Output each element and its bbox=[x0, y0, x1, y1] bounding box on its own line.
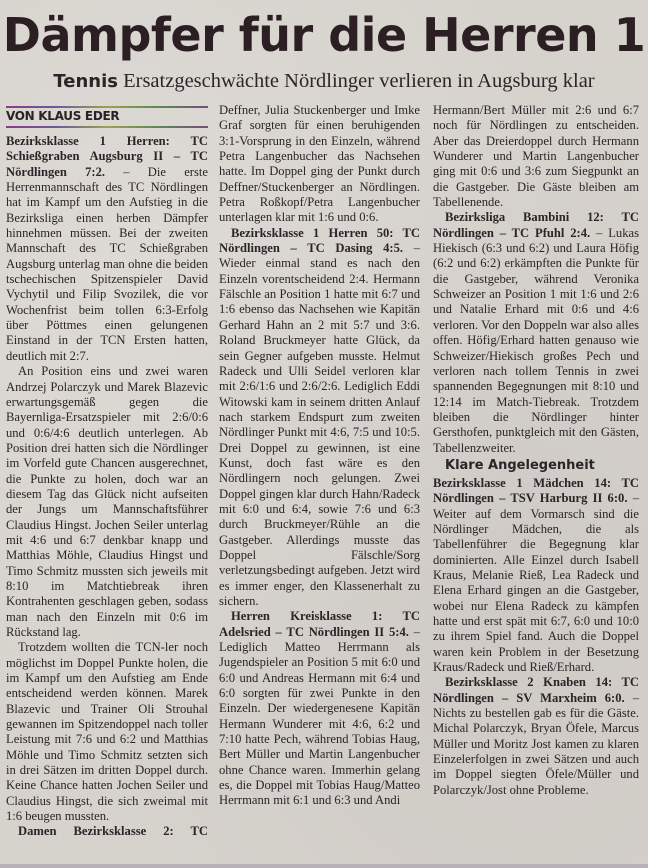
paragraph: Bezirksliga Bambini 12: TC Nördlingen – … bbox=[433, 210, 639, 456]
paragraph-text: – Weiter auf dem Vormarsch sind die Nörd… bbox=[433, 491, 639, 674]
match-heading: Bezirksklasse 1 Mädchen 14: TC Nördlinge… bbox=[433, 476, 639, 505]
paragraph: Bezirksklasse 1 Herren 50: TC Nördlingen… bbox=[219, 226, 420, 610]
section-subheading: Klare Angelegenheit bbox=[433, 456, 639, 476]
paragraph-text: – Nichts zu bestellen gab es für die Gäs… bbox=[433, 691, 639, 797]
article-column-3: Hermann/Bert Müller mit 2:6 und 6:7 noch… bbox=[433, 103, 639, 798]
paragraph-text: Trotzdem wollten die TCN-ler noch möglic… bbox=[6, 640, 208, 823]
byline: VON KLAUS EDER bbox=[6, 108, 208, 126]
paragraph: Deffner, Julia Stuckenberger und Imke Gr… bbox=[219, 103, 420, 226]
article-column-2: Deffner, Julia Stuckenberger und Imke Gr… bbox=[219, 103, 420, 809]
match-heading: Herren Kreisklasse 1: TC Adelsried – TC … bbox=[219, 609, 420, 638]
paragraph-text: – Lediglich Matteo Herrmann als Jugendsp… bbox=[219, 625, 420, 808]
paragraph-text: Hermann/Bert Müller mit 2:6 und 6:7 noch… bbox=[433, 103, 639, 209]
match-heading: Bezirksklasse 1 Herren 50: TC Nördlingen… bbox=[219, 226, 420, 255]
match-heading: Bezirksklasse 2 Knaben 14: TC Nördlingen… bbox=[433, 675, 639, 704]
subheadline: Tennis Ersatzgeschwächte Nördlinger verl… bbox=[0, 68, 648, 95]
paragraph: Bezirksklasse 1 Herren: TC Schießgraben … bbox=[6, 134, 208, 364]
paragraph: Trotzdem wollten die TCN-ler noch möglic… bbox=[6, 640, 208, 824]
subheadline-text: Ersatzgeschwächte Nördlinger verlieren i… bbox=[123, 70, 595, 92]
paragraph-text: Deffner, Julia Stuckenberger und Imke Gr… bbox=[219, 103, 420, 224]
paragraph-text: An Position eins und zwei waren Andrzej … bbox=[6, 364, 208, 639]
article-column-1: Bezirksklasse 1 Herren: TC Schießgraben … bbox=[6, 134, 208, 840]
paragraph: Damen Bezirksklasse 2: TC bbox=[6, 824, 208, 839]
paragraph-text: – Lukas Hiekisch (6:3 und 6:2) und Laura… bbox=[433, 226, 639, 455]
kicker: Tennis bbox=[53, 71, 118, 92]
match-heading: Damen Bezirksklasse 2: TC bbox=[18, 824, 208, 838]
paragraph: An Position eins und zwei waren Andrzej … bbox=[6, 364, 208, 640]
headline: Dämpfer für die Herren 1 bbox=[0, 6, 648, 64]
paragraph: Hermann/Bert Müller mit 2:6 und 6:7 noch… bbox=[433, 103, 639, 210]
byline-block: VON KLAUS EDER bbox=[6, 106, 208, 128]
paragraph-text: – Wieder einmal stand es nach den Einzel… bbox=[219, 241, 420, 608]
byline-rule-bottom bbox=[6, 126, 208, 128]
paragraph: Bezirksklasse 2 Knaben 14: TC Nördlingen… bbox=[433, 675, 639, 798]
paragraph-text: – Die erste Herrenmannschaft des TC Nörd… bbox=[6, 165, 208, 363]
paragraph: Bezirksklasse 1 Mädchen 14: TC Nördlinge… bbox=[433, 476, 639, 675]
paragraph: Herren Kreisklasse 1: TC Adelsried – TC … bbox=[219, 609, 420, 808]
page-edge bbox=[0, 864, 648, 868]
